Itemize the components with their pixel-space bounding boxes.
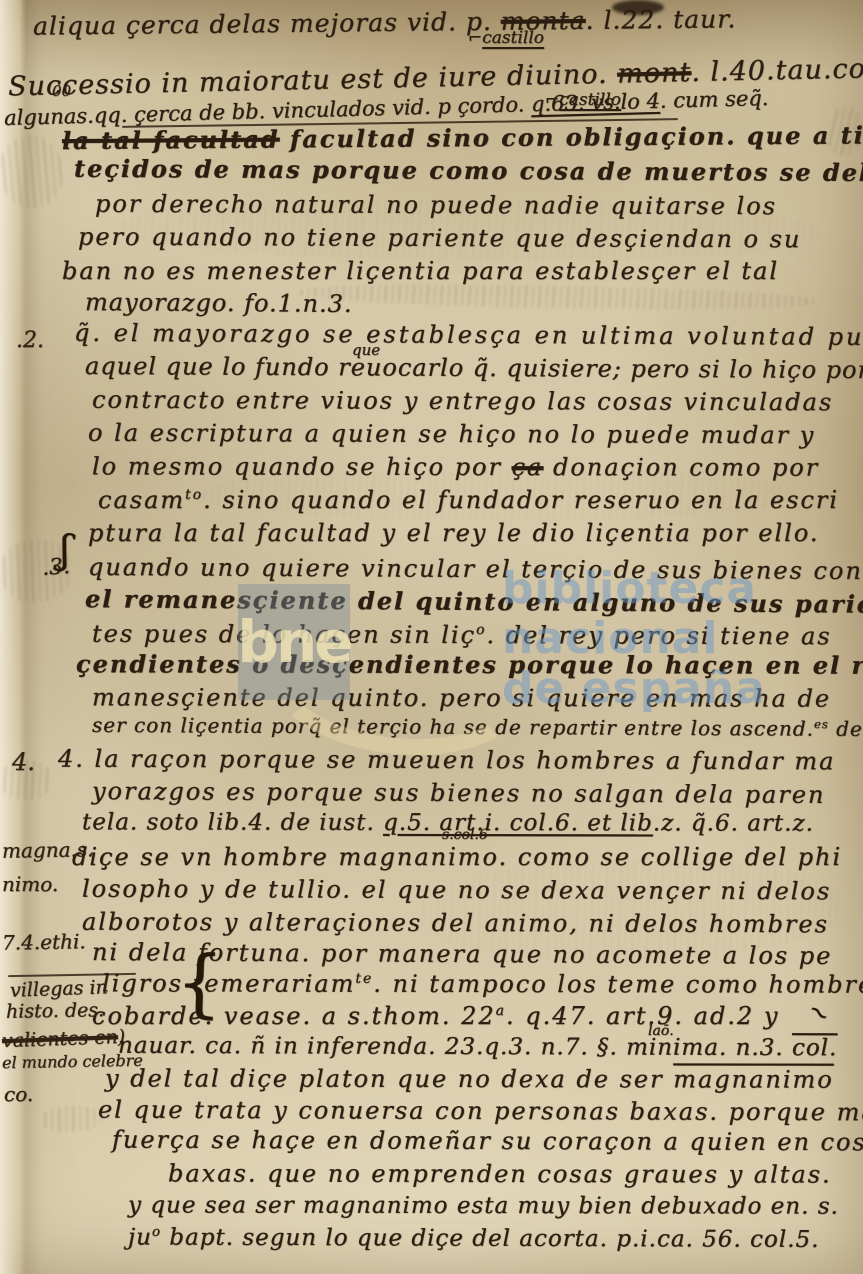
ink-flourish: ~ [802, 996, 835, 1030]
manuscript-line: alborotos y alteraçiones del animo, ni d… [82, 910, 829, 937]
manuscript-line: yorazgos es porque sus bienes no salgan … [92, 779, 826, 807]
manuscript-line: fuerça se haçe en domeñar su coraçon a q… [112, 1128, 863, 1155]
manuscript-line: pero quando no tiene pariente que desçie… [78, 225, 801, 252]
bleedthrough-smudge [0, 132, 67, 212]
manuscript-line: manesçiente del quinto. pero si quiere e… [92, 685, 831, 710]
manuscript-line: losopho y de tullio. el que no se dexa v… [82, 877, 831, 904]
manuscript-line: q̃. el mayorazgo se establesça en ultima… [74, 321, 863, 349]
manuscript-line: ser con liçentia porq̃ el terçio ha se d… [92, 715, 863, 739]
interlinear-insert: laō. [648, 1024, 674, 1038]
manuscript-line: casamto. sino quando el fundador reseruo… [98, 488, 839, 512]
interlinear-insert: ⌐castillo [545, 92, 621, 109]
margin-note: magna.s. [2, 839, 94, 861]
ink-smudge [39, 1104, 102, 1133]
manuscript-line: y del tal diçe platon que no dexa de ser… [105, 1066, 834, 1091]
manuscript-line: lo mesmo quando se hiço por ça donaçion … [92, 454, 819, 479]
manuscript-line: la tal facultad facultad sino con obliga… [62, 123, 863, 153]
interlinear-insert: 00 [52, 84, 71, 99]
margin-note: co. [4, 1084, 33, 1104]
manuscript-line: juo bapt. segun lo que diçe del acorta. … [128, 1226, 820, 1252]
manuscript-line: o la escriptura a quien se hiço no lo pu… [88, 421, 815, 448]
manuscript-line: el remanesçiente del quinto en alguno de… [85, 587, 863, 617]
interlinear-insert: s.col.6 [442, 828, 488, 842]
margin-note: nimo. [2, 874, 58, 894]
manuscript-line: mayorazgo. fo.1.n.3. [85, 290, 353, 316]
manuscript-line: aliqua çerca delas mejoras vid. p. monta… [33, 6, 737, 38]
margin-note: el mundo celebre [2, 1053, 143, 1071]
manuscript-line: y que sea ser magnanimo esta muy bien de… [128, 1194, 839, 1218]
manuscript-line: el que trata y conuersa con personas bax… [98, 1098, 863, 1125]
manuscript-line: ptura la tal facultad y el rey le dio li… [88, 521, 819, 545]
margin-note: 4. [12, 750, 35, 774]
manuscript-line: aquel que lo fundo reuocarlo q̃. quisier… [85, 354, 863, 382]
ink-flourish: { [175, 945, 225, 1021]
manuscript-line: quando uno quiere vincular el terçio de … [88, 555, 863, 583]
manuscript-line: contracto entre viuos y entrego las cosa… [92, 388, 833, 415]
manuscript-line: teçidos de mas porque como cosa de muert… [74, 157, 863, 185]
manuscript-line: 4. la raçon porque se mueuen los hombres… [58, 747, 836, 774]
manuscript-line: tes pues de lo haçen sin liço. del rey p… [92, 622, 832, 649]
manuscript-line: baxas. que no emprenden cosas graues y a… [168, 1161, 832, 1186]
interlinear-insert: que [352, 343, 380, 358]
manuscript-line: nauar. ca. ñ in inferenda. 23.q.3. n.7. … [118, 1035, 837, 1061]
manuscript-page: bne biblioteca nacional de españa aliqua… [0, 0, 863, 1274]
interlinear-insert: ⌐castillo [468, 30, 544, 47]
margin-note: villegas in [10, 978, 108, 1000]
margin-note: .2. [16, 330, 44, 352]
margin-note: valientes en) [2, 1028, 126, 1051]
manuscript-line: ban no es menester liçentia para estable… [62, 259, 779, 283]
manuscript-line: por derecho natural no puede nadie quita… [95, 192, 777, 218]
margin-note: 7.4.ethi. [2, 931, 86, 952]
manuscript-line: diçe se vn hombre magnanimo. como se col… [72, 845, 842, 869]
manuscript-line: çendientes o desçendientes porque lo haç… [76, 652, 863, 677]
margin-note: histo. des. [6, 1001, 104, 1022]
faded-line-smudge [296, 281, 816, 312]
